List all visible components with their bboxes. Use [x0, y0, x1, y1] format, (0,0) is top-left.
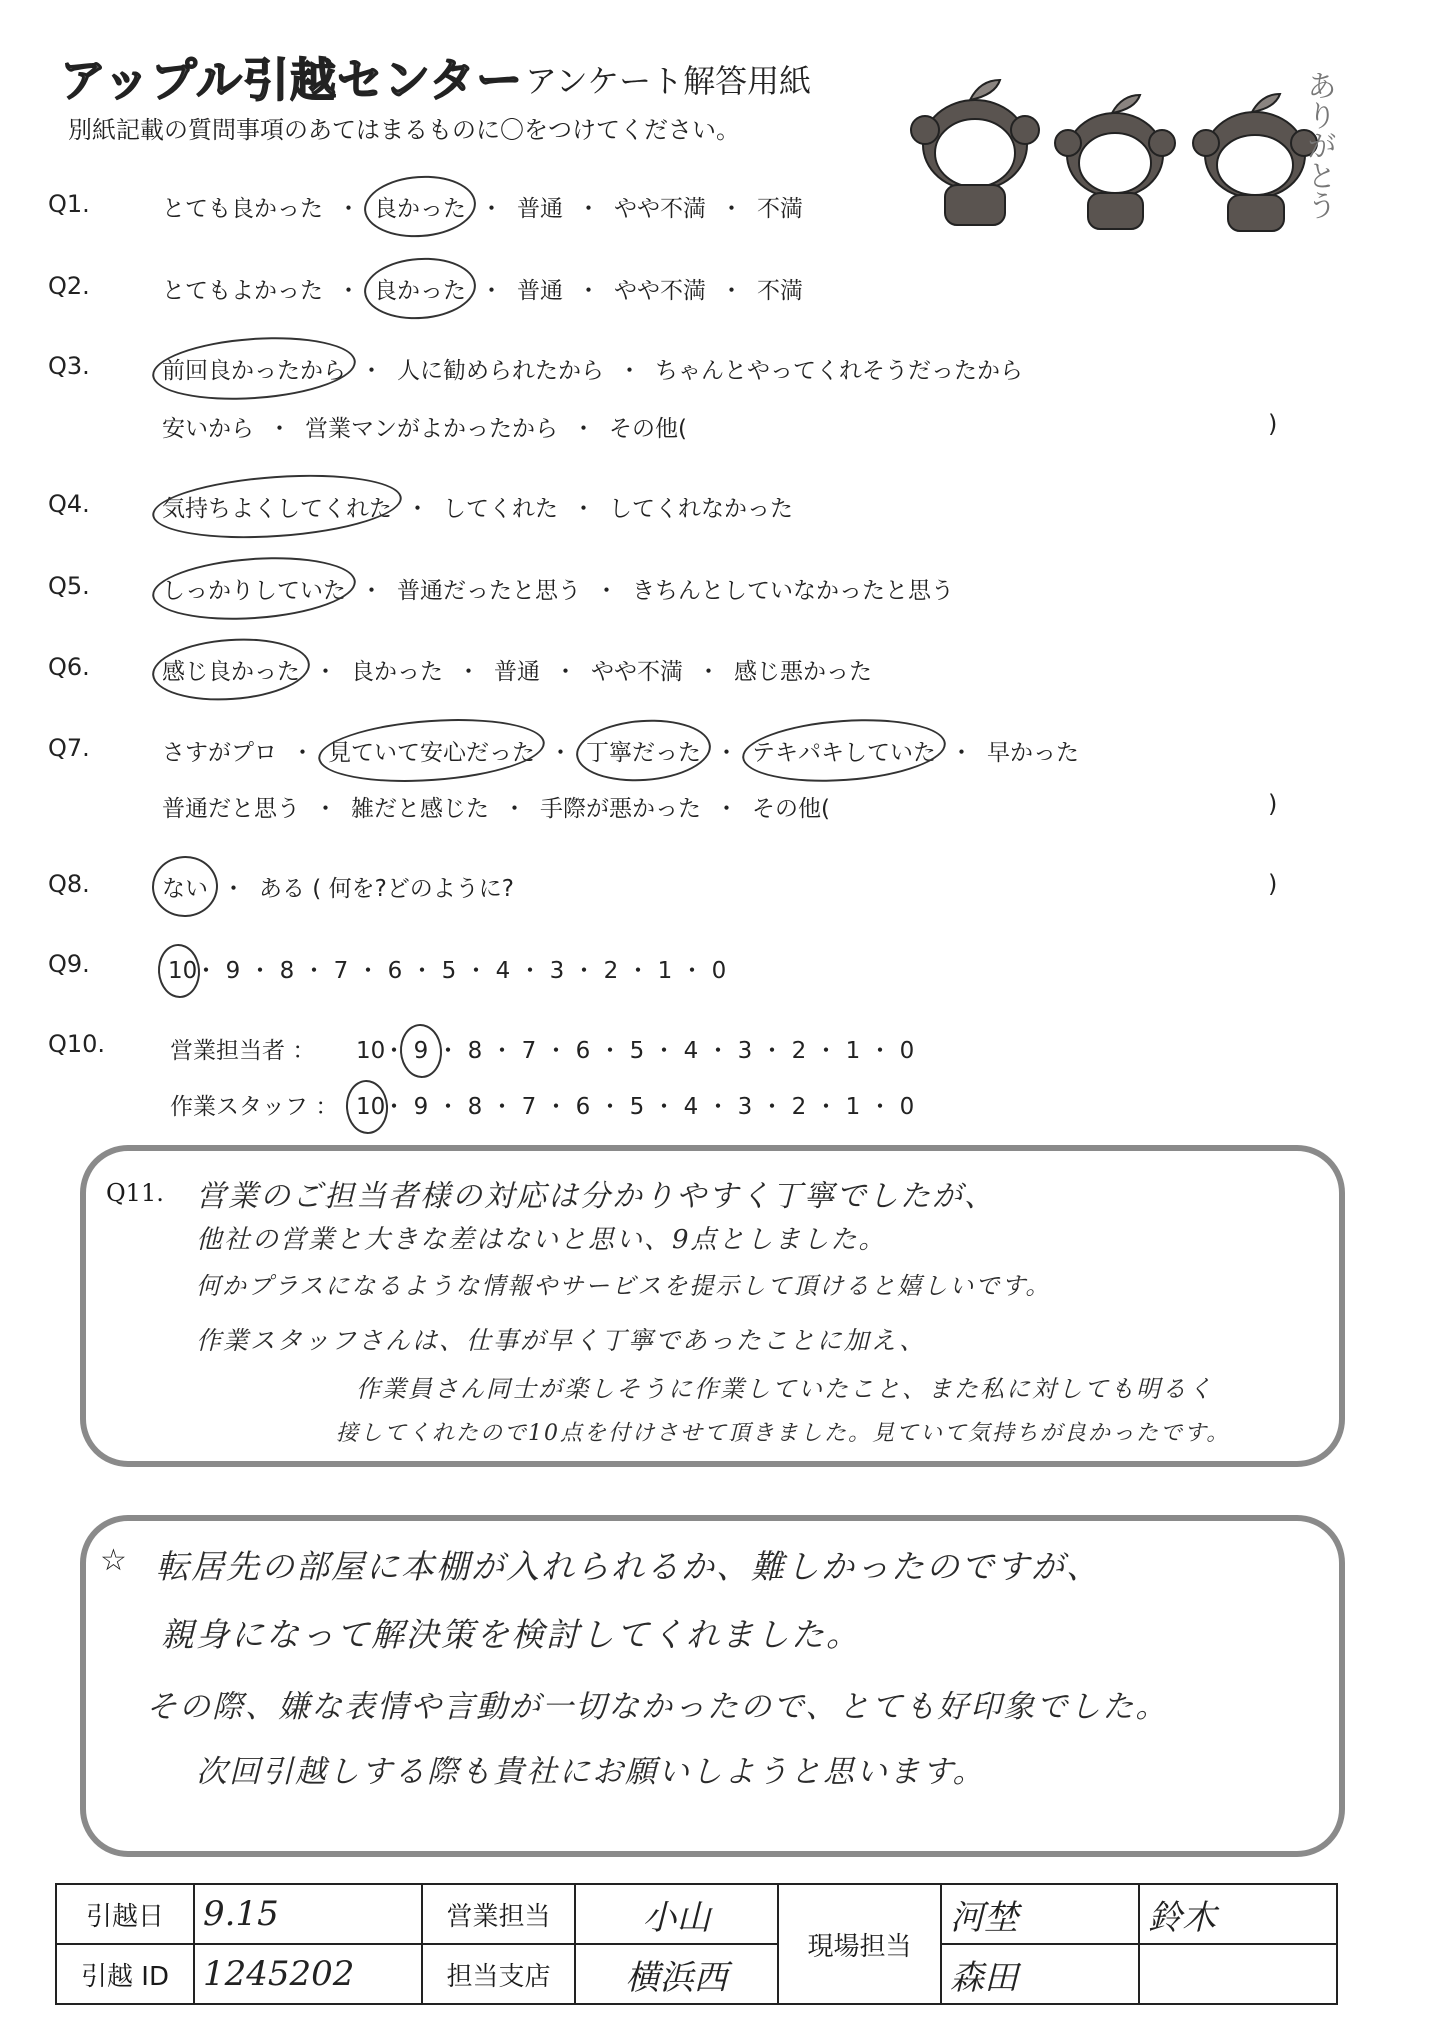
- separator: ・: [486, 1088, 518, 1121]
- separator: ・: [864, 1032, 896, 1065]
- separator: ・: [756, 1088, 788, 1121]
- separator: ・: [577, 190, 600, 223]
- work-staff-label: 作業スタッフ: [170, 1094, 308, 1120]
- separator: ・: [810, 1032, 842, 1065]
- close-paren: ): [1268, 870, 1277, 898]
- q10-sales-score-scale: 10・9・8・7・6・5・4・3・2・1・0: [356, 1032, 918, 1065]
- separator: ・: [337, 190, 360, 223]
- monkey-icon: [911, 80, 1039, 225]
- move-info-table: 引越日 9.15 営業担当 小山 現場担当 河埜 鈴木 引越 ID 124520…: [55, 1883, 1338, 2005]
- q1-options: とても良かった・良かった・普通・やや不満・不満: [162, 190, 803, 223]
- separator: ・: [360, 352, 383, 385]
- score-option[interactable]: 7: [330, 958, 352, 984]
- q3-label: Q3.: [48, 352, 90, 380]
- score-option[interactable]: 7: [518, 1038, 540, 1064]
- score-option[interactable]: 2: [788, 1094, 810, 1120]
- score-option[interactable]: 6: [572, 1094, 594, 1120]
- answer-option[interactable]: 不満: [757, 190, 803, 223]
- separator: ・: [676, 952, 708, 985]
- answer-option[interactable]: とてもよかった: [162, 272, 323, 305]
- comment-line: 転居先の部屋に本棚が入れられるか、難しかったのですが、: [156, 1541, 1101, 1588]
- separator: ・: [406, 952, 438, 985]
- answer-option[interactable]: その他(: [609, 410, 687, 443]
- answer-option[interactable]: 雑だと感じた: [351, 790, 489, 823]
- q11-line: 他社の営業と大きな差はないと思い、9点としました。: [196, 1219, 887, 1256]
- separator: ・: [595, 572, 618, 605]
- separator: ・: [572, 490, 595, 523]
- separator: ・: [648, 1088, 680, 1121]
- separator: ・: [549, 734, 572, 767]
- separator: ・: [460, 952, 492, 985]
- answer-option[interactable]: してくれなかった: [609, 490, 793, 523]
- answer-option[interactable]: 普通だと思う: [162, 790, 300, 823]
- separator: ・: [314, 790, 337, 823]
- colon: ：: [292, 1038, 315, 1064]
- separator: ・: [540, 1032, 572, 1065]
- branch-label: 担当支店: [422, 1944, 575, 2004]
- score-option[interactable]: 1: [842, 1094, 864, 1120]
- q11-line: 接してくれたので10点を付けさせて頂きました。見ていて気持ちが良かったです。: [336, 1416, 1230, 1447]
- q10-staff-score-scale: 10・9・8・7・6・5・4・3・2・1・0: [356, 1088, 918, 1121]
- separator: ・: [480, 272, 503, 305]
- site-staff-label: 現場担当: [778, 1884, 941, 2004]
- q7-options: さすがプロ・見ていて安心だった・丁寧だった・テキパキしていた・早かった: [162, 734, 1079, 767]
- q5-options: しっかりしていた・普通だったと思う・きちんとしていなかったと思う: [162, 572, 954, 605]
- separator: ・: [480, 190, 503, 223]
- separator: ・: [540, 1088, 572, 1121]
- q2-label: Q2.: [48, 272, 90, 300]
- site-staff-value: 河埜: [941, 1884, 1139, 1944]
- score-option[interactable]: 0: [708, 958, 730, 984]
- sales-rep-label: 営業担当: [422, 1884, 575, 1944]
- answer-option[interactable]: ちゃんとやってくれそうだったから: [655, 352, 1023, 385]
- separator: ・: [618, 352, 641, 385]
- answer-option[interactable]: 丁寧だった: [586, 734, 701, 767]
- score-option[interactable]: 4: [680, 1038, 702, 1064]
- separator: ・: [577, 272, 600, 305]
- separator: ・: [298, 952, 330, 985]
- q11-line: 営業のご担当者様の対応は分かりやすく丁寧でしたが、: [196, 1171, 996, 1215]
- move-id-value: 1245202: [194, 1944, 422, 2004]
- thanks-text: ありがとう: [1302, 70, 1336, 220]
- q8-label: Q8.: [48, 870, 90, 898]
- separator: ・: [337, 272, 360, 305]
- sales-rep-value: 小山: [575, 1884, 778, 1944]
- monkey-icon: [1055, 95, 1175, 229]
- score-option[interactable]: 10: [356, 1038, 378, 1064]
- q11-answer-box: Q11. 営業のご担当者様の対応は分かりやすく丁寧でしたが、 他社の営業と大きな…: [80, 1145, 1345, 1467]
- score-option[interactable]: 1: [842, 1038, 864, 1064]
- separator: ・: [594, 1088, 626, 1121]
- site-staff-value: 鈴木: [1139, 1884, 1337, 1944]
- branch-value: 横浜西: [575, 1944, 778, 2004]
- q3-options: 安いから・営業マンがよかったから・その他(: [162, 410, 687, 443]
- answer-option[interactable]: 良かった: [374, 272, 466, 305]
- colon: ：: [315, 1094, 338, 1120]
- comment-box: ☆ 転居先の部屋に本棚が入れられるか、難しかったのですが、 親身になって解決策を…: [80, 1515, 1345, 1857]
- q8-options: ない・ある ( 何を?どのように?: [162, 870, 514, 903]
- score-option[interactable]: 10: [356, 1094, 378, 1120]
- star-icon: ☆: [100, 1543, 127, 1578]
- instruction-text: 別紙記載の質問事項のあてはまるものに〇をつけてください。: [68, 110, 740, 145]
- score-option[interactable]: 2: [600, 958, 622, 984]
- separator: ・: [622, 952, 654, 985]
- separator: ・: [268, 410, 291, 443]
- separator: ・: [594, 1032, 626, 1065]
- separator: ・: [360, 572, 383, 605]
- separator: ・: [314, 653, 337, 686]
- separator: ・: [720, 272, 743, 305]
- answer-option[interactable]: 前回良かったから: [162, 352, 346, 385]
- answer-option[interactable]: 不満: [757, 272, 803, 305]
- answer-option[interactable]: とても良かった: [162, 190, 323, 223]
- sales-person-label: 営業担当者: [170, 1038, 285, 1064]
- score-option[interactable]: 1: [654, 958, 676, 984]
- answer-option[interactable]: きちんとしていなかったと思う: [632, 572, 954, 605]
- separator: ・: [352, 952, 384, 985]
- separator: ・: [572, 410, 595, 443]
- separator: ・: [702, 1088, 734, 1121]
- move-date-label: 引越日: [56, 1884, 194, 1944]
- site-staff-value: 森田: [941, 1944, 1139, 2004]
- answer-option[interactable]: 感じ良かった: [162, 653, 300, 686]
- q5-label: Q5.: [48, 572, 90, 600]
- separator: ・: [222, 870, 245, 903]
- separator: ・: [756, 1032, 788, 1065]
- score-option[interactable]: 9: [222, 958, 244, 984]
- answer-option[interactable]: しっかりしていた: [162, 572, 346, 605]
- score-option[interactable]: 4: [492, 958, 514, 984]
- q9-label: Q9.: [48, 950, 90, 978]
- separator: ・: [486, 1032, 518, 1065]
- separator: ・: [715, 790, 738, 823]
- q6-options: 感じ良かった・良かった・普通・やや不満・感じ悪かった: [162, 653, 872, 686]
- separator: ・: [503, 790, 526, 823]
- q11-line: 作業スタッフさんは、仕事が早く丁寧であったことに加え、: [196, 1321, 926, 1357]
- score-option[interactable]: 3: [734, 1094, 756, 1120]
- q11-line: 何かプラスになるような情報やサービスを提示して頂けると嬉しいです。: [196, 1266, 1051, 1301]
- score-option[interactable]: 2: [788, 1038, 810, 1064]
- answer-option[interactable]: 営業マンがよかったから: [305, 410, 558, 443]
- score-option[interactable]: 5: [438, 958, 460, 984]
- close-paren: ): [1268, 790, 1277, 818]
- score-option[interactable]: 0: [896, 1038, 918, 1064]
- form-title: アンケート解答用紙: [525, 56, 811, 102]
- score-option[interactable]: 6: [384, 958, 406, 984]
- score-option[interactable]: 5: [626, 1038, 648, 1064]
- q10-label: Q10.: [48, 1030, 105, 1058]
- close-paren: ): [1268, 410, 1277, 438]
- q4-options: 気持ちよくしてくれた・してくれた・してくれなかった: [162, 490, 793, 523]
- q10-staff-label: 作業スタッフ ：: [170, 1088, 338, 1121]
- score-option[interactable]: 3: [546, 958, 568, 984]
- site-staff-empty: [1139, 1944, 1337, 2004]
- q10-sales-label: 営業担当者 ：: [170, 1032, 315, 1065]
- separator: ・: [702, 1032, 734, 1065]
- answer-option[interactable]: 普通: [517, 272, 563, 305]
- move-id-label: 引越 ID: [56, 1944, 194, 2004]
- answer-option[interactable]: 普通だったと思う: [397, 572, 581, 605]
- separator: ・: [810, 1088, 842, 1121]
- separator: ・: [244, 952, 276, 985]
- q1-label: Q1.: [48, 190, 90, 218]
- q11-line: 作業員さん同士が楽しそうに作業していたこと、また私に対しても明るく: [356, 1369, 1214, 1404]
- comment-line: その際、嫌な表情や言動が一切なかったので、とても好印象でした。: [146, 1681, 1168, 1726]
- answer-option[interactable]: 見ていて安心だった: [328, 734, 535, 767]
- separator: ・: [291, 734, 314, 767]
- answer-option[interactable]: 良かった: [374, 190, 466, 223]
- answer-option[interactable]: その他(: [752, 790, 830, 823]
- answer-option[interactable]: 普通: [494, 653, 540, 686]
- answer-option[interactable]: 良かった: [351, 653, 443, 686]
- q4-label: Q4.: [48, 490, 90, 518]
- score-option[interactable]: 10: [168, 958, 190, 984]
- q7-options: 普通だと思う・雑だと感じた・手際が悪かった・その他(: [162, 790, 830, 823]
- answer-option[interactable]: やや不満: [591, 653, 683, 686]
- q2-options: とてもよかった・良かった・普通・やや不満・不満: [162, 272, 803, 305]
- separator: ・: [648, 1032, 680, 1065]
- monkey-icon: [1193, 94, 1317, 231]
- answer-option[interactable]: 早かった: [987, 734, 1079, 767]
- score-option[interactable]: 3: [734, 1038, 756, 1064]
- separator: ・: [514, 952, 546, 985]
- comment-line: 次回引越しする際も貴社にお願いしようと思います。: [196, 1746, 986, 1791]
- q3-options: 前回良かったから・人に勧められたから・ちゃんとやってくれそうだったから: [162, 352, 1023, 385]
- answer-option[interactable]: 普通: [517, 190, 563, 223]
- answer-option[interactable]: テキパキしていた: [752, 734, 936, 767]
- comment-line: 親身になって解決策を検討してくれました。: [161, 1609, 861, 1656]
- move-date-value: 9.15: [194, 1884, 422, 1944]
- separator: ・: [950, 734, 973, 767]
- answer-option[interactable]: ある ( 何を?どのように?: [259, 870, 514, 903]
- separator: ・: [554, 653, 577, 686]
- separator: ・: [432, 1088, 464, 1121]
- score-option[interactable]: 8: [464, 1094, 486, 1120]
- answer-option[interactable]: やや不満: [614, 190, 706, 223]
- monkey-mascots-illustration: [880, 55, 1350, 235]
- brand-title: アップル引越センター: [60, 44, 523, 110]
- score-option[interactable]: 4: [680, 1094, 702, 1120]
- q9-score-scale: 10・9・8・7・6・5・4・3・2・1・0: [168, 952, 730, 985]
- separator: ・: [697, 653, 720, 686]
- q6-label: Q6.: [48, 653, 90, 681]
- answer-option[interactable]: 人に勧められたから: [397, 352, 604, 385]
- answer-option[interactable]: 手際が悪かった: [540, 790, 701, 823]
- q11-label: Q11.: [106, 1179, 164, 1207]
- score-option[interactable]: 8: [464, 1038, 486, 1064]
- score-option[interactable]: 6: [572, 1038, 594, 1064]
- score-option[interactable]: 7: [518, 1094, 540, 1120]
- score-option[interactable]: 0: [896, 1094, 918, 1120]
- separator: ・: [720, 190, 743, 223]
- separator: ・: [406, 490, 429, 523]
- score-option[interactable]: 5: [626, 1094, 648, 1120]
- q7-label: Q7.: [48, 734, 90, 762]
- answer-option[interactable]: 感じ悪かった: [734, 653, 872, 686]
- separator: ・: [568, 952, 600, 985]
- score-option[interactable]: 8: [276, 958, 298, 984]
- separator: ・: [864, 1088, 896, 1121]
- separator: ・: [715, 734, 738, 767]
- answer-option[interactable]: さすがプロ: [162, 734, 277, 767]
- answer-option[interactable]: 気持ちよくしてくれた: [162, 490, 392, 523]
- score-option[interactable]: 9: [410, 1038, 432, 1064]
- score-option[interactable]: 9: [410, 1094, 432, 1120]
- answer-option[interactable]: 安いから: [162, 410, 254, 443]
- answer-option[interactable]: やや不満: [614, 272, 706, 305]
- answer-option[interactable]: ない: [162, 870, 208, 903]
- separator: ・: [457, 653, 480, 686]
- answer-option[interactable]: してくれた: [443, 490, 558, 523]
